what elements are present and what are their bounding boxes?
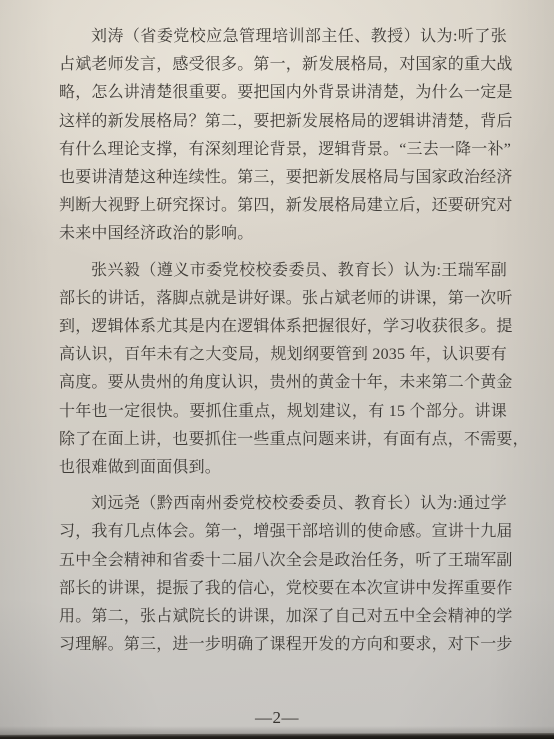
text-line: 未来中国经济政治的影响。 [59, 220, 507, 248]
text-line: 部长的讲课，提振了我的信心，党校要在本次宣讲中发挥重要作 [59, 575, 507, 603]
text-line: 部长的讲话，落脚点就是讲好课。张占斌老师的讲课，第一次听 [59, 285, 507, 313]
paragraph-liuyuanyao: 刘远尧（黔西南州委党校校委委员、教育长）认为:通过学 习，我有几点体会。第一，增… [59, 490, 507, 659]
text-line: 习，我有几点体会。第一，增强干部培训的使命感。宣讲十九届 [59, 518, 507, 546]
text-line: 十年也一定很快。要抓住重点，规划建议，有 15 个部分。讲课 [59, 398, 507, 426]
text-line: 五中全会精神和省委十二届八次全会是政治任务，听了王瑞军副 [59, 547, 507, 575]
text-line: 高认识，百年未有之大变局，规划纲要管到 2035 年，认识要有 [59, 341, 507, 369]
text-line: 也要讲清楚这种连续性。第三，要把新发展格局与国家政治经济 [59, 164, 507, 192]
text-line: 这样的新发展格局？第二，要把新发展格局的逻辑讲清楚，背后 [59, 108, 507, 136]
text-line: 张兴毅（遵义市委党校校委委员、教育长）认为:王瑞军副 [59, 257, 507, 285]
text-line: 刘远尧（黔西南州委党校校委委员、教育长）认为:通过学 [59, 490, 507, 518]
text-line: 也很难做到面面俱到。 [59, 454, 507, 482]
text-line: 刘涛（省委党校应急管理培训部主任、教授）认为:听了张 [59, 23, 507, 51]
document-body: 刘涛（省委党校应急管理培训部主任、教授）认为:听了张 占斌老师发言，感受很多。第… [59, 23, 507, 667]
text-line: 习理解。第三，进一步明确了课程开发的方向和要求，对下一步 [59, 631, 507, 659]
paragraph-liutao: 刘涛（省委党校应急管理培训部主任、教授）认为:听了张 占斌老师发言，感受很多。第… [59, 23, 507, 249]
text-line: 到，逻辑体系尤其是内在逻辑体系把握很好，学习收获很多。提 [59, 313, 507, 341]
text-line: 除了在面上讲，也要抓住一些重点问题来讲，有面有点，不需要， [59, 426, 507, 454]
text-line: 高度。要从贵州的角度认识，贵州的黄金十年，未来第二个黄金 [59, 369, 507, 397]
page-number: —2— [0, 708, 554, 728]
table-edge [0, 733, 554, 739]
document-photo: 刘涛（省委党校应急管理培训部主任、教授）认为:听了张 占斌老师发言，感受很多。第… [0, 0, 554, 739]
text-line: 有什么理论支撑，有深刻理论背景，逻辑背景。“三去一降一补” [59, 136, 507, 164]
text-line: 用。第二，张占斌院长的讲课，加深了自己对五中全会精神的学 [59, 603, 507, 631]
paragraph-zhangxingyi: 张兴毅（遵义市委党校校委委员、教育长）认为:王瑞军副 部长的讲话，落脚点就是讲好… [59, 257, 507, 483]
text-line: 判断大视野上研究探讨。第四，新发展格局建立后，还要研究对 [59, 192, 507, 220]
text-line: 略，怎么讲清楚很重要。要把国内外背景讲清楚，为什么一定是 [59, 79, 507, 107]
text-line: 占斌老师发言，感受很多。第一，新发展格局，对国家的重大战 [59, 51, 507, 79]
